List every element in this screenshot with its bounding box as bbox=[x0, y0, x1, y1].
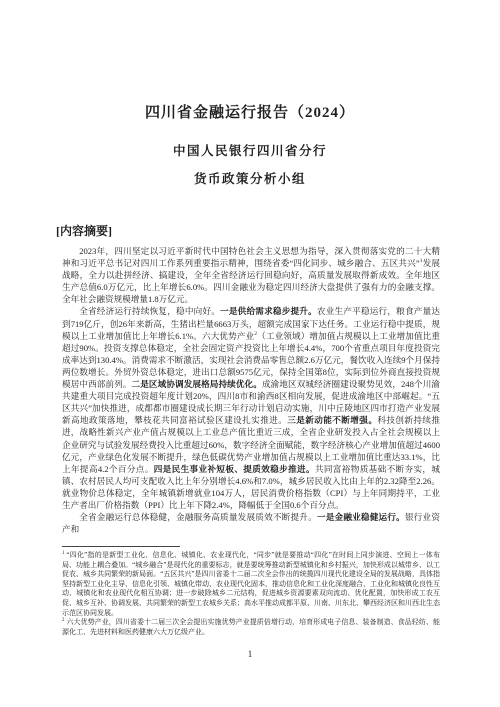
emphasis-text: 四是民生事业补短板、提质效稳步推进。 bbox=[154, 464, 315, 474]
footnote-separator bbox=[62, 546, 180, 547]
body-text: 全省金融运行总体稳健，金融服务高质量发展质效不断提升。 bbox=[79, 512, 317, 522]
body-text: 全省经济运行持续恢复，稳中向好。 bbox=[79, 306, 220, 316]
body-text: 2023年，四川坚定以习近平新时代中国特色社会主义思想为指导，深入贯彻落实党的二… bbox=[62, 246, 440, 268]
issuing-organization: 中国人民银行四川省分行 bbox=[0, 141, 500, 159]
paragraph: 全省金融运行总体稳健，金融服务高质量发展质效不断提升。一是金融业稳健运行。银行业… bbox=[62, 511, 440, 535]
emphasis-text: 一是供给需求稳步提升。 bbox=[220, 306, 317, 316]
page-number: 1 bbox=[0, 649, 500, 659]
footnote-marker: 1 bbox=[62, 551, 64, 556]
emphasis-text: 二是区域协调发展格局持续优化。 bbox=[132, 379, 262, 389]
report-title: 四川省金融运行报告（2024） bbox=[0, 101, 500, 122]
footnote-marker: 2 bbox=[62, 618, 64, 623]
footnote-block: 1“四化”指的是新型工业化、信息化、城镇化、农业现代化，“同步”就是要推动“四化… bbox=[62, 546, 440, 637]
footnotes: 1“四化”指的是新型工业化、信息化、城镇化、农业现代化，“同步”就是要推动“四化… bbox=[62, 551, 440, 637]
emphasis-text: 一是金融业稳健运行。 bbox=[317, 512, 405, 522]
abstract-heading: [内容摘要] bbox=[56, 222, 112, 239]
abstract-paragraphs: 2023年，四川坚定以习近平新时代中国特色社会主义思想为指导，深入贯彻落实党的二… bbox=[62, 245, 440, 535]
footnote-item: 2六大优势产业，四川省委十二届三次全会提出实施优势产业提质倍增行动，培育形成电子… bbox=[62, 618, 440, 637]
footnote-text: “四化”指的是新型工业化、信息化、城镇化、农业现代化，“同步”就是要推动“四化”… bbox=[62, 551, 440, 617]
report-page: 四川省金融运行报告（2024） 中国人民银行四川省分行 货币政策分析小组 [内容… bbox=[0, 0, 500, 707]
paragraph: 全省经济运行持续恢复，稳中向好。一是供给需求稳步提升。农业生产平稳运行，粮食产量… bbox=[62, 305, 440, 511]
analysis-group: 货币政策分析小组 bbox=[0, 169, 500, 187]
footnote-item: 1“四化”指的是新型工业化、信息化、城镇化、农业现代化，“同步”就是要推动“四化… bbox=[62, 551, 440, 618]
paragraph: 2023年，四川坚定以习近平新时代中国特色社会主义思想为指导，深入贯彻落实党的二… bbox=[62, 245, 440, 305]
footnote-text: 六大优势产业，四川省委十二届三次全会提出实施优势产业提质倍增行动，培育形成电子信… bbox=[62, 618, 440, 636]
emphasis-text: 三是新动能不断增强。 bbox=[287, 415, 377, 425]
